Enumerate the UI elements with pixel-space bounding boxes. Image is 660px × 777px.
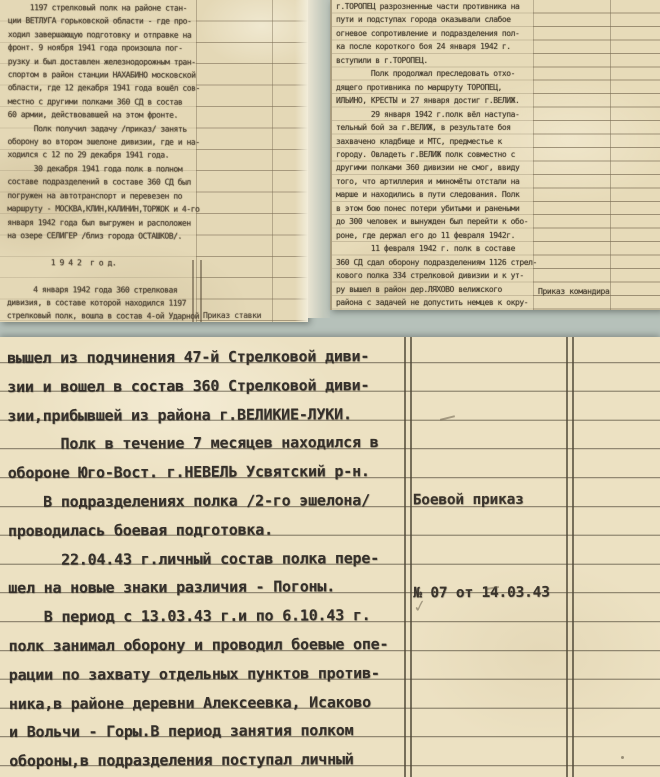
margin-note-line: Приказ ставки	[203, 308, 274, 322]
text-line: района с задачей не допустить немцев к о…	[336, 296, 537, 309]
text-line: ходился с 12 по 29 декабря 1941 года.	[7, 148, 199, 162]
text-line: Полк в течение 7 месяцев находился в	[7, 428, 387, 459]
margin-note: Боевой приказ № 07 от 14.03.43	[412, 423, 550, 672]
text-line: 11 февраля 1942 г. полк в составе	[336, 242, 537, 255]
text-line: кового полка 334 стрелковой дивизии и к …	[336, 269, 537, 282]
margin-note-line: Приказ командира	[538, 284, 609, 300]
text-line: фронт. 9 ноября 1941 года произошла пог-	[8, 41, 200, 55]
text-line: января 1942 года был выгружен и располож…	[7, 215, 199, 229]
text-line: 360 СД сдал оборону подразделениям 1126 …	[336, 256, 537, 269]
text-line: роне, где держал его до 11 февраля 1942г…	[336, 229, 537, 242]
text-line: зии,прибывшей из района г.ВЕЛИКИЕ-ЛУКИ.	[7, 400, 387, 431]
text-line: ка после короткого боя 24 января 1942 г.	[336, 40, 537, 53]
text-line: составе подразделений в составе 360 СД б…	[7, 175, 199, 189]
text-line: дящего противника по маршруту ТОРОПЕЦ,	[336, 81, 537, 94]
body-text: вышел из подчинения 47-й Стрелковой диви…	[7, 342, 389, 776]
column-divider	[610, 0, 611, 310]
body-text: 1197 стрелковый полк на районе стан-ции …	[7, 1, 200, 322]
text-line: 1 9 4 2 г о д.	[7, 256, 199, 270]
text-line: 29 января 1942 г.полк вёл наступа-	[336, 108, 537, 121]
text-line: Полк продолжал преследовать отхо-	[336, 67, 537, 80]
text-line: 4 января 1942 года 360 стрелковая	[7, 283, 199, 297]
column-divider-double	[404, 337, 412, 777]
text-line: зии и вошел в состав 360 Стрелковой диви…	[7, 371, 387, 402]
text-line: ции ВЕТЛУГА горьковской области - где пр…	[8, 14, 200, 28]
text-line: обороны,в подразделения поступал личный	[9, 745, 389, 776]
text-line: дивизия, в составе которой находился 119…	[7, 296, 199, 310]
text-line: проводилась боевая подготовка.	[8, 515, 388, 546]
text-line: того, что артиллерия и миномёты отстали …	[336, 175, 537, 188]
margin-note: Приказ командира 360 СД.	[538, 253, 609, 310]
text-line: погружен на автотранспорт и перевезен по	[7, 189, 199, 203]
text-line: области, где 12 декабря 1941 года вошёл …	[8, 81, 200, 95]
column-divider-double	[566, 337, 574, 777]
text-line	[7, 269, 199, 283]
text-line: 22.04.43 г.личный состав полка пере-	[8, 544, 388, 575]
text-line: на озере СЕЛИГЕР /близ города ОСТАШКОВ/.	[7, 229, 199, 243]
text-line: полк занимал оборону и проводил боевые о…	[9, 630, 389, 661]
pencil-dot-mark	[621, 756, 624, 759]
text-line: обороне Юго-Вост. г.НЕВЕЛЬ Усвятский р-н…	[8, 457, 388, 488]
scanned-document-page: { "palette": { "background": "#b6c1ba", …	[0, 0, 660, 777]
text-line: ру вышел в район дер.ЛЯХОВО велижского	[336, 283, 537, 296]
text-line: оборону во втором эшелоне дивизии, где и…	[7, 135, 199, 149]
text-line: В подразделениях полка /2-го эшелона/	[8, 486, 388, 517]
text-line: и Вольчи - Горы.В период занятия полком	[9, 716, 389, 747]
text-line: пути и подступах города оказывали слабое	[336, 13, 537, 26]
text-line: в этом бою понес потери убитыми и ранены…	[336, 202, 537, 215]
text-line: 60 армии, действовавшей на этом фронте.	[8, 108, 200, 122]
document-fragment-top-right: г.ТОРОПЕЦ разрозненные части противника …	[330, 0, 660, 310]
text-line: городу. Овладеть г.ВЕЛИЖ полк совместно …	[336, 148, 537, 161]
text-line: ИЛЬИНО, КРЕСТЫ и 27 января достиг г.ВЕЛИ…	[336, 94, 537, 107]
text-line: рации по захвату отдельных пунктов проти…	[9, 659, 389, 690]
text-line: В период с 13.03.43 г.и по 6.10.43 г.	[8, 601, 388, 632]
text-line: огневое сопротивление и подразделения по…	[336, 27, 537, 40]
text-line: ходил завершающую подготовку и отправке …	[8, 28, 200, 42]
text-line: г.ТОРОПЕЦ разрозненные части противника …	[336, 0, 537, 13]
margin-note-line: № 07 от 14.03.43	[413, 578, 550, 610]
margin-note: Приказ ставки верховного Глав- нокоманду…	[203, 278, 274, 322]
text-line: стрелковый полк, вошла в состав 4-ой Уда…	[7, 309, 199, 322]
text-line: местно с другими полками 360 СД в состав	[8, 95, 200, 109]
text-line: другими полками 360 дивизии не смог, вви…	[336, 161, 537, 174]
text-line	[7, 242, 199, 256]
text-line: марше и находились в пути следования. По…	[336, 188, 537, 201]
text-line: маршруту - МОСКВА,КЛИН,КАЛИНИН,ТОРЖОК и …	[7, 202, 199, 216]
pencil-dash-mark	[440, 415, 455, 421]
text-line: рузку и был доставлен железнодорожным тр…	[8, 55, 200, 69]
document-fragment-bottom: вышел из подчинения 47-й Стрелковой диви…	[0, 337, 660, 777]
text-line: шел на новые знаки различия - Погоны.	[8, 572, 388, 603]
text-line: захвачено кладбище и МТС, предместье к	[336, 135, 537, 148]
text-line: ника,в районе деревни Алексеевка, Исаков…	[9, 688, 389, 719]
text-line: тельный бой за г.ВЕЛИЖ, в результате боя	[336, 121, 537, 134]
margin-note-line: Боевой приказ	[413, 485, 550, 517]
text-line: Полк получил задачу /приказ/ занять	[8, 122, 200, 136]
text-line: 1197 стрелковый полк на районе стан-	[8, 1, 200, 15]
body-text: г.ТОРОПЕЦ разрозненные части противника …	[336, 0, 537, 309]
text-line: вступили в г.ТОРОПЕЦ.	[336, 54, 537, 67]
document-fragment-top-left: 1197 стрелковый полк на районе стан-ции …	[0, 0, 308, 322]
page-gap	[308, 0, 330, 318]
column-divider	[272, 0, 273, 322]
text-line: 30 декабря 1941 года полк в полном	[7, 162, 199, 176]
ruled-lines-margin-column	[196, 0, 308, 322]
text-line: вышел из подчинения 47-й Стрелковой диви…	[7, 342, 387, 373]
text-line: до 300 человек и вынужден был перейти к …	[336, 215, 537, 228]
text-line: спортом в район станции НАХАБИНО московс…	[8, 68, 200, 82]
